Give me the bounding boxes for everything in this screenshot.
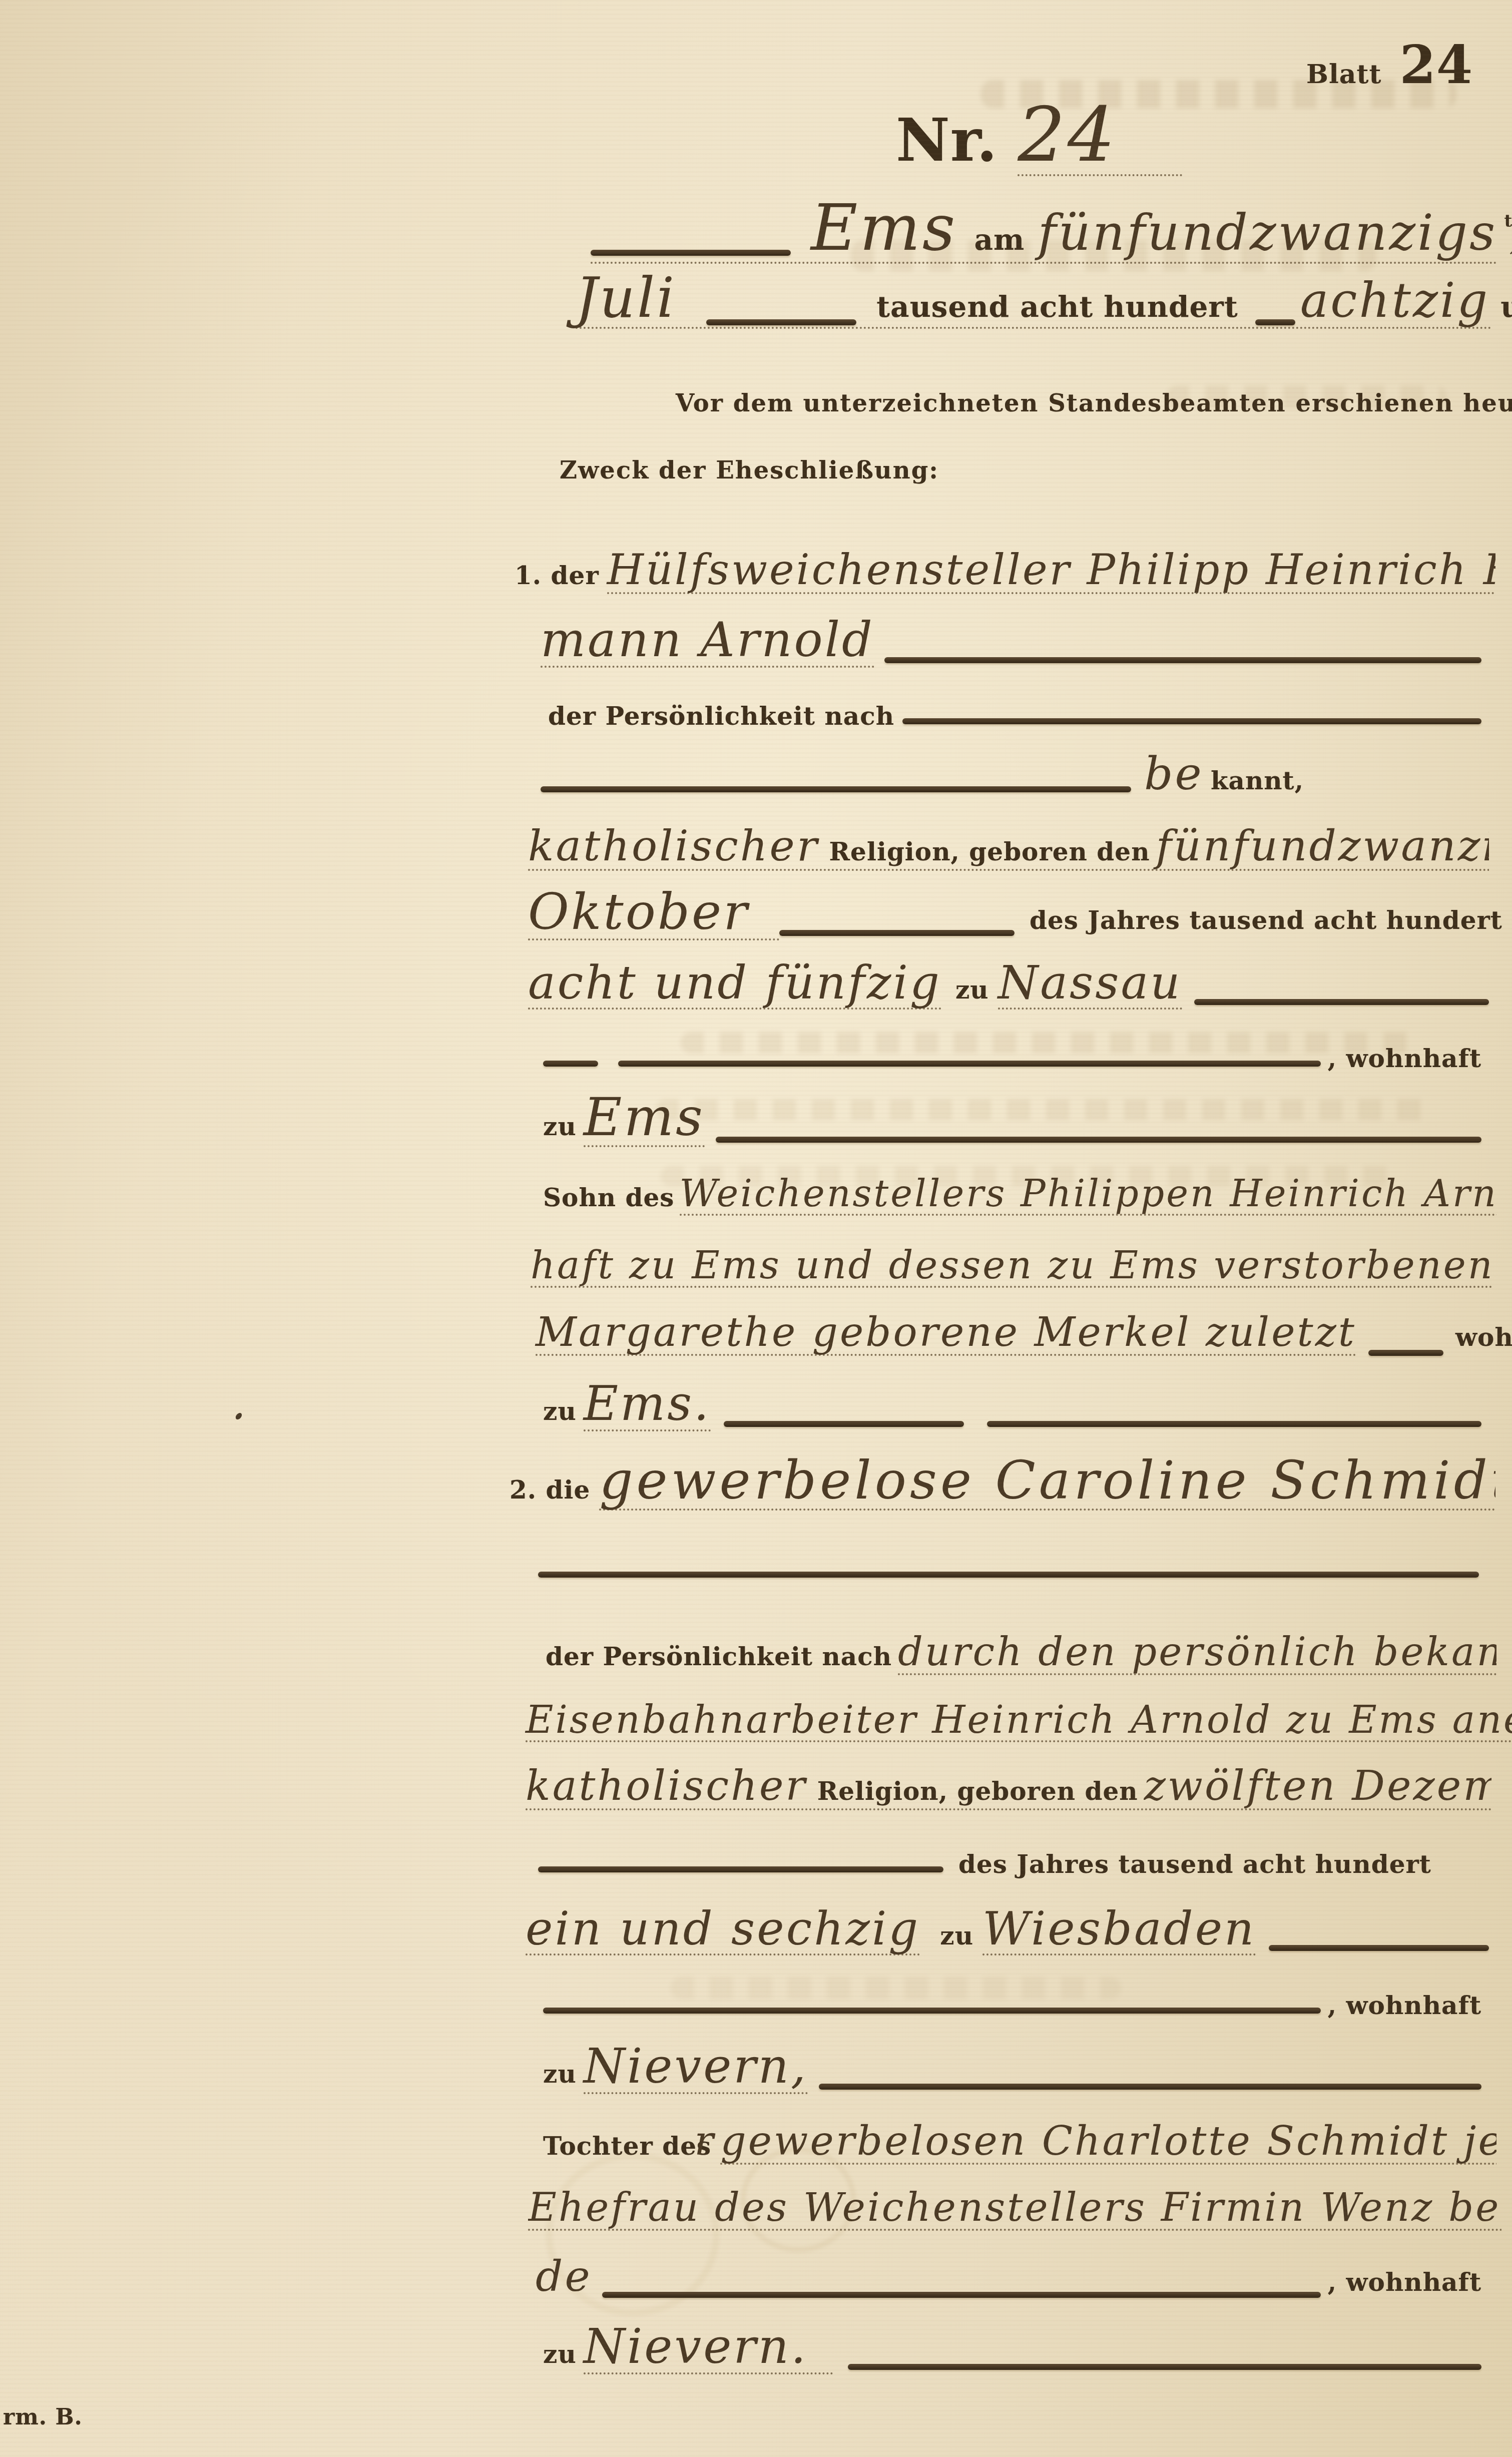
- ink-stroke: [716, 1137, 1481, 1143]
- bride-stepfather-cont-row: de , wohnhaft: [536, 2255, 1481, 2298]
- ink-stroke: [902, 718, 1481, 724]
- day-entry: fünfundzwanzigs: [1038, 208, 1497, 258]
- groom-residence: Ems: [584, 1091, 705, 1147]
- groom-birth-month: Oktober: [528, 887, 779, 940]
- groom-mother-row: Margarethe geborene Merkel zuletzt wohnh…: [536, 1312, 1481, 1356]
- ink-stroke: [724, 1421, 964, 1427]
- zu-label: zu: [940, 1923, 973, 1948]
- ink-stroke: [538, 1572, 1479, 1578]
- ink-stroke: [779, 930, 1015, 936]
- groom-item-label: 1. der: [515, 563, 599, 588]
- date-place-row: Ems am fünfundzwanzigs ten „: [591, 196, 1511, 278]
- bride-name-row: 2. die gewerbelose Caroline Schmidt: [510, 1454, 1495, 1511]
- groom-occupation-name: Hülfsweichensteller Philipp Heinrich Her: [607, 549, 1495, 591]
- bride-identity-hand-2: Eisenbahnarbeiter Heinrich Arnold zu Ems…: [526, 1701, 1512, 1742]
- groom-birth-year-row: acht und fünfzig zu Nassau: [528, 960, 1489, 1010]
- known-label: kannt,: [1211, 768, 1304, 793]
- groom-father-row: Sohn des Weichenstellers Philippen Heinr…: [543, 1175, 1496, 1216]
- zu-label: zu: [543, 2342, 577, 2367]
- zu-label: zu: [543, 1399, 577, 1424]
- groom-father: Weichenstellers Philippen Heinrich Arnol…: [680, 1175, 1497, 1212]
- bride-occupation-name: gewerbelose Caroline Schmidt: [599, 1454, 1495, 1511]
- wohnhaft-label: , wohnhaft: [1328, 1993, 1481, 2018]
- ink-stroke: [602, 2292, 1321, 2298]
- ink-stroke: [706, 319, 856, 325]
- bride-stepfather: Ehefrau des Weichenstellers Firmin Wenz …: [528, 2188, 1501, 2231]
- groom-known-row: be kannt,: [541, 752, 1481, 797]
- zu-label: zu: [543, 2062, 577, 2087]
- ink-stroke: [884, 657, 1481, 663]
- wohnhaft-label: , wohnhaft: [1328, 1046, 1481, 1071]
- ink-stroke: [538, 1866, 943, 1872]
- am-label: am: [974, 225, 1025, 254]
- identity-label: der Persönlichkeit nach: [546, 1644, 892, 1669]
- bride-mother-row: Tochter des r gewerbelosen Charlotte Sch…: [543, 2121, 1496, 2165]
- bride-residence-2: Nievern.: [584, 2323, 833, 2374]
- bride-birth-year: ein und sechzig: [526, 1906, 920, 1955]
- day-suffix: ten „: [1504, 213, 1512, 255]
- ink-stroke: [543, 1061, 598, 1067]
- wohnhaft-label: wohnhaft: [1455, 1325, 1512, 1350]
- identity-label: der Persönlichkeit nach: [548, 704, 894, 729]
- ink-stroke: [1255, 319, 1295, 325]
- year-label: des Jahres tausend acht hundert: [958, 1852, 1431, 1877]
- bride-birth-day: zwölften Dezember: [1144, 1766, 1491, 1807]
- zu-label: zu: [543, 1114, 577, 1139]
- month-entry: Juli: [576, 270, 676, 325]
- nr-value: 24: [1018, 98, 1182, 176]
- ink-stroke: [848, 2364, 1481, 2370]
- bride-residence-row: zu Nievern,: [543, 2043, 1481, 2094]
- religion-label: Religion, geboren den: [817, 1779, 1138, 1804]
- groom-religion-hand: katholischer: [528, 825, 819, 867]
- document-page: Blatt 24 Nr. 24 Ems am fünfundzwanzigs t…: [0, 0, 1512, 2457]
- groom-mother-residence-row: zu Ems.: [543, 1380, 1481, 1431]
- place-entry: Ems: [811, 196, 957, 260]
- bride-mother: gewerbelosen Charlotte Schmidt jetzt: [720, 2121, 1496, 2165]
- groom-birth-month-row: Oktober des Jahres tausend acht hundert: [528, 887, 1489, 940]
- und-label: und: [1500, 292, 1512, 321]
- bride-item-label: 2. die: [510, 1478, 590, 1503]
- groom-parents-continuation: haft zu Ems und dessen zu Ems verstorben…: [531, 1246, 1491, 1288]
- bride-identity-row: der Persönlichkeit nach durch den persön…: [546, 1633, 1496, 1675]
- ink-stroke: [1269, 1945, 1489, 1951]
- groom-birth-year: acht und fünfzig: [528, 960, 941, 1010]
- bride-wohnhaft-row: , wohnhaft: [543, 1993, 1481, 2018]
- year-tens-entry: achtzig: [1300, 277, 1489, 325]
- century-label: tausend acht hundert: [876, 292, 1238, 321]
- groom-birth-place: Nassau: [998, 960, 1182, 1010]
- ink-stroke: [618, 1061, 1321, 1067]
- ink-stroke: [1194, 999, 1489, 1005]
- form-footer-mark: rm. B.: [3, 2406, 83, 2428]
- groom-mother-residence: Ems.: [584, 1380, 711, 1431]
- groom-wohnhaft-row: , wohnhaft: [543, 1046, 1481, 1071]
- nr-label: Nr.: [896, 111, 997, 170]
- ink-stroke: [543, 2008, 1321, 2014]
- bride-residence: Nievern,: [584, 2043, 808, 2094]
- tochter-correction: r: [694, 2121, 715, 2161]
- bride-birth-place: Wiesbaden: [982, 1906, 1256, 1955]
- intro-line-1: Vor dem unterzeichneten Standesbeamten e…: [676, 391, 1512, 415]
- form-footer-row: rm. B.: [3, 2406, 83, 2428]
- bride-stepfather-row: Ehefrau des Weichenstellers Firmin Wenz …: [528, 2188, 1501, 2231]
- bride-identity-row-2: Eisenbahnarbeiter Heinrich Arnold zu Ems…: [526, 1701, 1491, 1742]
- bride-residence-row-2: zu Nievern.: [543, 2323, 1481, 2374]
- ink-speck: [234, 1412, 243, 1421]
- groom-name-continuation: mann Arnold: [541, 617, 874, 668]
- wohnhaft-label: , wohnhaft: [1328, 2270, 1481, 2295]
- sohn-label: Sohn des: [543, 1185, 675, 1210]
- groom-name-row-1: 1. der Hülfsweichensteller Philipp Heinr…: [515, 549, 1495, 594]
- ink-stroke: [1368, 1350, 1443, 1356]
- bride-religion-row: katholischer Religion, geboren den zwölf…: [526, 1766, 1491, 1810]
- bride-birth-year-row: ein und sechzig zu Wiesbaden: [526, 1906, 1489, 1955]
- groom-known-hand: be: [1144, 752, 1204, 797]
- groom-name-row-2: mann Arnold: [541, 617, 1481, 668]
- zu-label: zu: [955, 977, 989, 1003]
- groom-residence-row: zu Ems: [543, 1091, 1481, 1147]
- groom-birth-day: fünfundzwanzigsten: [1156, 825, 1489, 867]
- date-year-row: Juli tausend acht hundert achtzig und ne…: [576, 270, 1491, 329]
- bride-birth-year-label-row: des Jahres tausend acht hundert: [538, 1852, 1481, 1877]
- blatt-row: Blatt 24: [1306, 39, 1473, 91]
- bride-stepfather-continuation: de: [536, 2255, 592, 2298]
- ink-stroke: [541, 786, 1131, 792]
- ink-stroke: [987, 1421, 1481, 1427]
- bride-identity-hand-1: durch den persönlich bekannten: [898, 1633, 1496, 1675]
- ink-stroke: [591, 250, 791, 256]
- religion-label: Religion, geboren den: [829, 839, 1150, 864]
- groom-parents-row-2: haft zu Ems und dessen zu Ems verstorben…: [531, 1246, 1491, 1288]
- groom-mother: Margarethe geborene Merkel zuletzt: [536, 1312, 1356, 1356]
- year-label: des Jahres tausend acht hundert: [1030, 908, 1502, 933]
- groom-identity-row: der Persönlichkeit nach: [548, 704, 1481, 729]
- ink-stroke: [819, 2084, 1481, 2090]
- blatt-number: 24: [1399, 39, 1473, 91]
- record-number-row: Nr. 24: [896, 98, 1182, 176]
- groom-religion-row: katholischer Religion, geboren den fünfu…: [528, 825, 1489, 871]
- tochter-label: Tochter des: [543, 2134, 711, 2159]
- bride-blank-line-row: [538, 1572, 1479, 1582]
- bride-religion-hand: katholischer: [526, 1766, 807, 1807]
- intro-line-2: Zweck der Eheschließung:: [560, 458, 939, 482]
- blatt-label: Blatt: [1306, 62, 1381, 88]
